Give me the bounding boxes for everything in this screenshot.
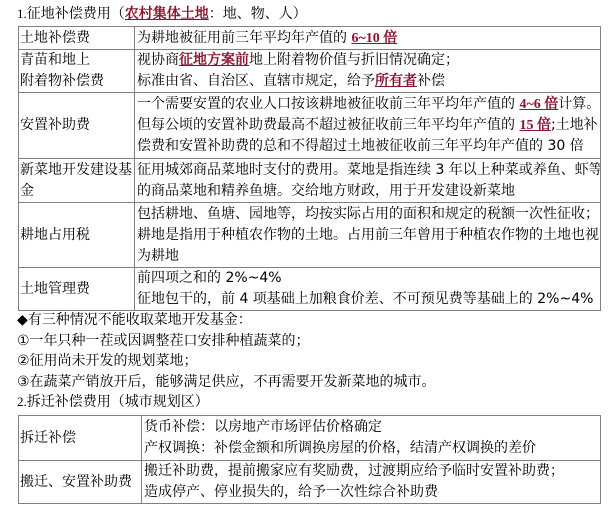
row-content: 搬迁补助费，提前搬家应有奖励费，过渡期应给予临时安置补助费； 造成停产、停业损失… (142, 461, 601, 504)
content-line: 为耕地 (137, 246, 600, 267)
row-label: 土地管理费 (19, 268, 135, 311)
table-row: 安置补助费 一个需要安置的农业人口按该耕地被征收前三年平均年产值的 4~6 倍计… (19, 93, 601, 159)
section2-heading-text: 拆迁补偿费用（城市规划区） (27, 394, 209, 410)
section1-heading-text: 征地补偿费用（ (27, 6, 125, 22)
table-row: 土地补偿费 为耕地被征用前三年平均年产值的 6~10 倍 (19, 27, 601, 50)
row-content: 包括耕地、鱼塘、园地等，均按实际占用的面积和规定的税额一次性征收； 耕地是指用于… (135, 203, 601, 268)
table-row: 土地管理费 前四项之和的 2%~4% 征地包干的，前 4 项基础上加粮食价差、不… (19, 268, 601, 311)
section2-heading: 2.拆迁补偿费用（城市规划区） (17, 392, 436, 413)
row-label: 安置补助费 (19, 93, 135, 159)
notes-title: ◆有三种情况不能收取菜地开发基金： (17, 310, 436, 331)
row-content: 货币补偿：以房地产市场评估价格确定 产权调换：补偿金额和所调换房屋的价格，结清产… (142, 416, 601, 461)
emphasis-text: 农村集体土地 (125, 7, 209, 22)
content-line: 征地包干的，前 4 项基础上加粮食价差、不可预见费等基础上的 2%~4% (137, 289, 600, 310)
notes-item: ②征用尚未开发的规划菜地； (17, 351, 436, 372)
content-line: 一个需要安置的农业人口按该耕地被征收前三年平均年产值的 4~6 倍计算。 (137, 94, 600, 115)
row-content: 一个需要安置的农业人口按该耕地被征收前三年平均年产值的 4~6 倍计算。 但每公… (135, 93, 601, 159)
document-page: 1.征地补偿费用（农村集体土地：地、物、人） 土地补偿费 为耕地被征用前三年平均… (0, 0, 616, 508)
row-content: 为耕地被征用前三年平均年产值的 6~10 倍 (135, 27, 601, 50)
section2-number: 2. (17, 394, 27, 409)
land-compensation-table: 土地补偿费 为耕地被征用前三年平均年产值的 6~10 倍 青苗和地上 附着物补偿… (18, 26, 601, 311)
emphasis-text: 所有者 (375, 74, 417, 89)
content-line: 前四项之和的 2%~4% (137, 268, 600, 289)
section1-heading: 1.征地补偿费用（农村集体土地：地、物、人） (17, 4, 307, 24)
emphasis-text: 6~10 倍 (351, 31, 397, 46)
row-label: 拆迁补偿 (19, 416, 142, 461)
content-line: 货币补偿：以房地产市场评估价格确定 (144, 417, 600, 438)
content-line: 包括耕地、鱼塘、园地等，均按实际占用的面积和规定的税额一次性征收； (137, 204, 600, 225)
notes-item: ①一年只种一茬或因调整茬口安排种植蔬菜的； (17, 331, 436, 352)
notes-item: ③在蔬菜产销放开后，能够满足供应，不再需要开发新菜地的城市。 (17, 372, 436, 393)
content-line: 但每公顷的安置补助费最高不超过被征收前三年平均年产值的 15 倍;土地补 (137, 115, 600, 136)
section1-number: 1. (17, 6, 27, 21)
content-line: 为耕地被征用前三年平均年产值的 6~10 倍 (137, 28, 600, 49)
row-label: 搬迁、安置补助费 (19, 461, 142, 504)
content-line: 偿费和安置补助费的总和不得超过土地被征收前三年平均年产值的 30 倍 (137, 136, 600, 157)
row-content: 视协商征地方案前地上附着物价值与折旧情况确定； 标准由省、自治区、直辖市规定，给… (135, 50, 601, 93)
row-label: 土地补偿费 (19, 27, 135, 50)
content-line: 标准由省、自治区、直辖市规定，给予所有者补偿 (137, 71, 600, 92)
emphasis-text: 15 倍 (519, 118, 551, 133)
content-line: 的商品菜地和精养鱼塘。交给地方财政，用于开发建设新菜地 (137, 181, 600, 202)
relocation-compensation-table: 拆迁补偿 货币补偿：以房地产市场评估价格确定 产权调换：补偿金额和所调换房屋的价… (18, 415, 601, 504)
table-row: 耕地占用税 包括耕地、鱼塘、园地等，均按实际占用的面积和规定的税额一次性征收； … (19, 203, 601, 268)
vegetable-fund-notes: ◆有三种情况不能收取菜地开发基金： ①一年只种一茬或因调整茬口安排种植蔬菜的； … (17, 310, 436, 413)
emphasis-text: 4~6 倍 (519, 97, 558, 112)
row-label: 新菜地开发建设基金 (19, 159, 135, 203)
row-label: 耕地占用税 (19, 203, 135, 268)
table-row: 青苗和地上 附着物补偿费 视协商征地方案前地上附着物价值与折旧情况确定； 标准由… (19, 50, 601, 93)
row-content: 征用城郊商品菜地时支付的费用。菜地是指连续 3 年以上种菜或养鱼、虾等 的商品菜… (135, 159, 601, 203)
content-line: 视协商征地方案前地上附着物价值与折旧情况确定； (137, 50, 600, 71)
content-line: 搬迁补助费，提前搬家应有奖励费，过渡期应给予临时安置补助费； (144, 461, 600, 482)
table-row: 新菜地开发建设基金 征用城郊商品菜地时支付的费用。菜地是指连续 3 年以上种菜或… (19, 159, 601, 203)
table-row: 拆迁补偿 货币补偿：以房地产市场评估价格确定 产权调换：补偿金额和所调换房屋的价… (19, 416, 601, 461)
section1-heading-suffix: ：地、物、人） (209, 6, 307, 22)
row-content: 前四项之和的 2%~4% 征地包干的，前 4 项基础上加粮食价差、不可预见费等基… (135, 268, 601, 311)
content-line: 征用城郊商品菜地时支付的费用。菜地是指连续 3 年以上种菜或养鱼、虾等 (137, 160, 600, 181)
table-row: 搬迁、安置补助费 搬迁补助费，提前搬家应有奖励费，过渡期应给予临时安置补助费； … (19, 461, 601, 504)
content-line: 耕地是指用于种植农作物的土地。占用前三年曾用于种植农作物的土地也视 (137, 225, 600, 246)
content-line: 造成停产、停业损失的，给予一次性综合补助费 (144, 482, 600, 503)
emphasis-text: 征地方案前 (179, 53, 249, 68)
row-label: 青苗和地上 附着物补偿费 (19, 50, 135, 93)
content-line: 产权调换：补偿金额和所调换房屋的价格，结清产权调换的差价 (144, 438, 600, 459)
